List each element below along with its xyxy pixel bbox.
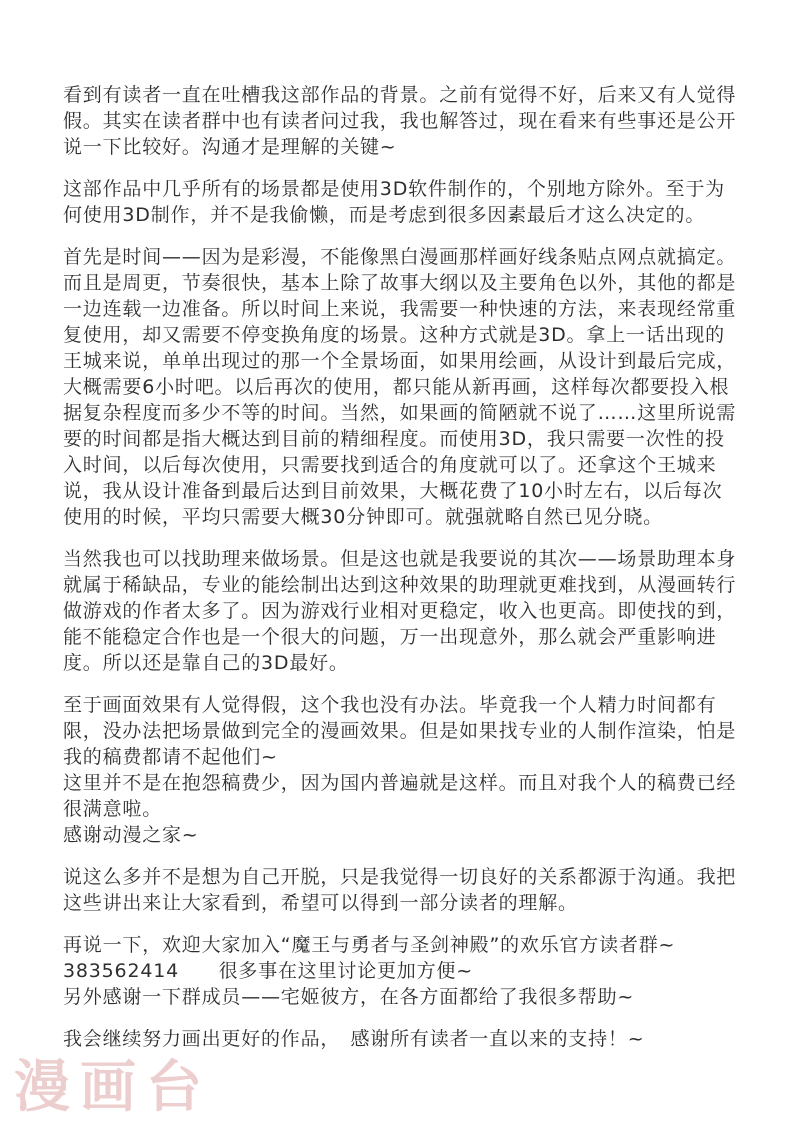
author-note-page: 看到有读者一直在吐槽我这部作品的背景。之前有觉得不好，后来又有人觉得假。其实在读…	[0, 0, 800, 1132]
manhuatai-watermark: 漫画台	[14, 1058, 212, 1118]
note-paragraph-7: 再说一下，欢迎大家加入“魔王与勇者与圣剑神殿”的欢乐官方读者群~ 3835624…	[63, 932, 740, 1010]
note-paragraph-8: 我会继续努力画出更好的作品， 感谢所有读者一直以来的支持！~	[63, 1026, 740, 1052]
note-paragraph-6: 说这么多并不是想为自己开脱，只是我觉得一切良好的关系都源于沟通。我把这些讲出来让…	[63, 864, 740, 916]
note-paragraph-4: 当然我也可以找助理来做场景。但是这也就是我要说的其次——场景助理本身就属于稀缺品…	[63, 546, 740, 676]
note-paragraph-1: 看到有读者一直在吐槽我这部作品的背景。之前有觉得不好，后来又有人觉得假。其实在读…	[63, 82, 740, 160]
note-paragraph-3: 首先是时间——因为是彩漫，不能像黑白漫画那样画好线条贴点网点就搞定。而且是周更，…	[63, 244, 740, 530]
author-note: 看到有读者一直在吐槽我这部作品的背景。之前有觉得不好，后来又有人觉得假。其实在读…	[63, 82, 740, 1052]
note-paragraph-2: 这部作品中几乎所有的场景都是使用3D软件制作的，个别地方除外。至于为何使用3D制…	[63, 176, 740, 228]
note-paragraph-5: 至于画面效果有人觉得假，这个我也没有办法。毕竟我一个人精力时间都有限，没办法把场…	[63, 692, 740, 848]
